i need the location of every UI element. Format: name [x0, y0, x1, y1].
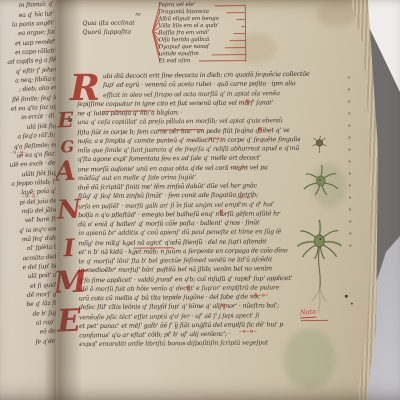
red-line-filler: –o–o– — [239, 329, 257, 335]
red-line-filler: –o–o– — [205, 136, 223, 142]
diagram-label: Quia iſta occlinat Quorū ſuppoſita — [82, 20, 134, 37]
diagram-superscript: nz — [135, 13, 140, 18]
herb-bud — [312, 136, 326, 153]
main-text-block: ubi diū decocti erit ſine decocta in die… — [77, 70, 315, 350]
text-line: urſa en paſiēl' · morſū galli an' ſi īn … — [78, 199, 314, 211]
herb-root — [312, 289, 327, 313]
facing-red-filler: –9–9– — [10, 150, 27, 156]
herb-stem — [318, 247, 320, 289]
text-line: ſiſta fiūt in corpe b; ſem carne oēr hoc… — [77, 125, 313, 137]
text-line: mlīg' tre mītg' kgel nā agict' q'adū ſti… — [78, 236, 314, 248]
parchment-stain — [316, 1, 356, 27]
red-line-filler: –o–o– — [230, 165, 248, 171]
pilcrow-mark: ¶ — [257, 125, 262, 134]
pilcrow-mark: ¶ — [221, 302, 226, 311]
manuscript-photo: me dieb; uārm in ſtomaī; q' ea q' hīc lu… — [0, 0, 400, 400]
pilcrow-mark: ¶ — [219, 208, 224, 217]
text-line: efficit in oleo vel ſirupo ad octo morſi… — [77, 88, 313, 100]
facing-red-filler: –9–9– — [22, 194, 39, 200]
herb-tier-small — [304, 165, 338, 195]
red-line-filler: –o–o– — [236, 195, 254, 201]
pilcrow-mark: ¶ — [186, 284, 191, 293]
red-line-filler: –o–o– — [251, 292, 269, 298]
text-line: venēoſie pſic tēct' eſſet unptū q'o' ſer… — [79, 310, 315, 322]
herb-illustration — [293, 129, 355, 315]
diagram-label-line1: Quia iſta occlinat — [82, 20, 134, 29]
diagram-item: Et ead oſim — [159, 58, 219, 66]
gutter-shadow — [44, 0, 82, 400]
diagram-item-list: Pepra vel ele' Dragantū bizancia Albū el… — [158, 2, 219, 66]
text-line: one morſū ouſonie' unū en aqua olita q'd… — [78, 162, 314, 174]
herb-tier-large — [297, 220, 341, 259]
diagram-label-line2: Quorū ſuppoſita — [82, 28, 134, 37]
text-line: q'ſo ſime applicet' · valdū jrond' en q'… — [79, 273, 315, 285]
red-underline — [301, 320, 328, 321]
pilcrow-mark: ¶ — [245, 98, 250, 107]
